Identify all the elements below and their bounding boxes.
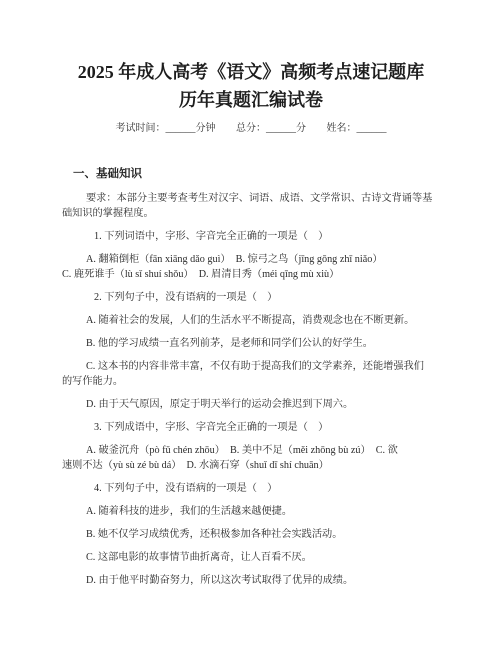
question-2-option-c: C. 这本书的内容非常丰富，不仅有助于提高我们的文学素养，还能增强我们 的写作能…	[62, 359, 440, 389]
exam-info-line: 考试时间：______分钟 总分：______分 姓名：______	[62, 122, 440, 135]
question-2-stem: 2. 下列句子中，没有语病的一项是（ ）	[62, 290, 440, 305]
paper-title: 2025 年成人高考《语文》高频考点速记题库 历年真题汇编试卷	[54, 58, 448, 114]
question-2-option-d: D. 由于天气原因，原定于明天举行的运动会推迟到下周六。	[62, 397, 440, 412]
question-4-option-c: C. 这部电影的故事情节曲折离奇，让人百看不厌。	[62, 550, 440, 565]
question-4-option-a: A. 随着科技的进步，我们的生活越来越便捷。	[62, 504, 440, 519]
section-heading: 一、基础知识	[62, 167, 440, 182]
paper-title-line1: 2025 年成人高考《语文》高频考点速记题库	[54, 58, 448, 86]
question-3-options: A. 破釜沉舟（pò fǔ chén zhōu） B. 美中不足（měi zhō…	[62, 443, 440, 473]
exam-paper-page: 2025 年成人高考《语文》高频考点速记题库 历年真题汇编试卷 考试时间：___…	[0, 0, 500, 647]
student-name-field: 姓名：______	[327, 123, 387, 134]
question-3-stem: 3. 下列成语中，字形、字音完全正确的一项是（ ）	[62, 420, 440, 435]
question-2-option-b: B. 他的学习成绩一直名列前茅，是老师和同学们公认的好学生。	[62, 336, 440, 351]
paper-title-line2: 历年真题汇编试卷	[54, 86, 448, 114]
exam-time-field: 考试时间：______分钟	[116, 123, 216, 134]
question-1-stem: 1. 下列词语中，字形、字音完全正确的一项是（ ）	[62, 229, 440, 244]
total-score-field: 总分：______分	[236, 123, 306, 134]
section-requirement: 要求：本部分主要考查考生对汉字、词语、成语、文学常识、古诗文背诵等基 础知识的掌…	[62, 191, 440, 221]
question-4-option-d: D. 由于他平时勤奋努力，所以这次考试取得了优异的成绩。	[62, 573, 440, 588]
question-1-options: A. 翻箱倒柜（fān xiāng dǎo guì） B. 惊弓之鸟（jīng …	[62, 252, 440, 282]
question-4-stem: 4. 下列句子中，没有语病的一项是（ ）	[62, 481, 440, 496]
question-4-option-b: B. 她不仅学习成绩优秀，还积极参加各种社会实践活动。	[62, 527, 440, 542]
question-2-option-a: A. 随着社会的发展，人们的生活水平不断提高，消费观念也在不断更新。	[62, 313, 440, 328]
